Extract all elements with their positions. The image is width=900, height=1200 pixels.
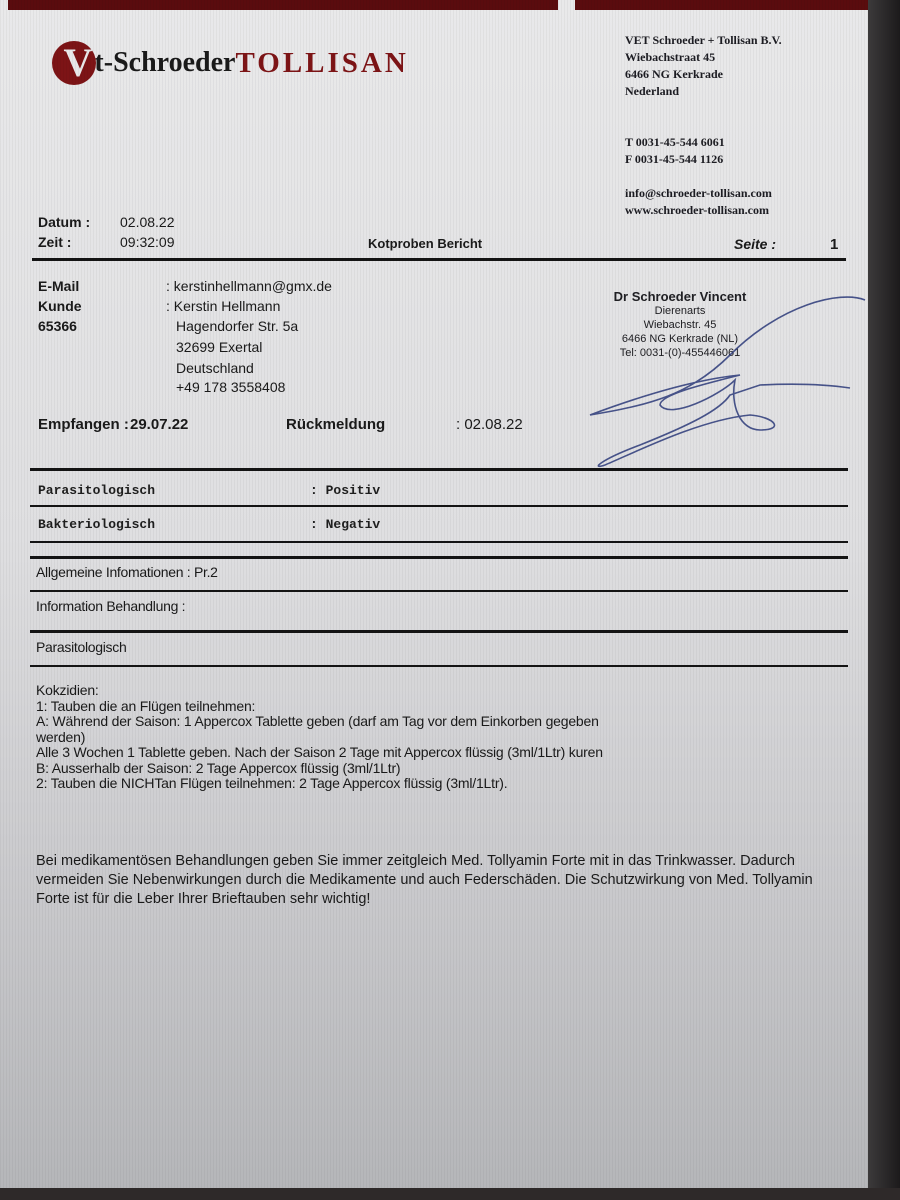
medication-note: Bei medikamentösen Behandlungen geben Si… (36, 852, 836, 909)
company-phone: T 0031-45-544 6061 (625, 134, 782, 151)
customer-id: 65366 (38, 318, 166, 334)
vet-phone: Tel: 0031-(0)-455446061 (582, 346, 778, 360)
result-value: : Positiv (310, 483, 380, 498)
received-value: 29.07.22 (130, 416, 188, 433)
report-meta: Datum : 02.08.22 Zeit : 09:32:09 (38, 212, 175, 252)
treatment-line: A: Während der Saison: 1 Appercox Tablet… (36, 714, 836, 730)
time-label: Zeit : (38, 234, 120, 250)
company-email: info@schroeder-tollisan.com (625, 185, 782, 202)
report-title: Kotproben Bericht (368, 236, 482, 251)
date-value: 02.08.22 (120, 214, 175, 230)
result-value: : Negativ (310, 517, 380, 532)
company-name: VET Schroeder + Tollisan B.V. (625, 32, 782, 49)
logo-initial: V (64, 43, 93, 83)
customer-block: E-Mail : kerstinhellmann@gmx.de Kunde : … (38, 276, 332, 396)
treatment-line: B: Ausserhalb der Saison: 2 Tage Apperco… (36, 761, 836, 777)
monitor-bezel-bottom (0, 1188, 900, 1200)
divider (30, 630, 848, 633)
divider (30, 505, 848, 507)
header-bar-right (575, 0, 868, 10)
company-logo: V et-Schroeder TOLLISAN (52, 38, 409, 88)
vet-name: Dr Schroeder Vincent (582, 290, 778, 304)
header-bar (8, 0, 558, 10)
page-number: 1 (830, 236, 838, 253)
veterinarian-stamp: Dr Schroeder Vincent Dierenarts Wiebachs… (582, 290, 778, 360)
result-label: Bakteriologisch (38, 517, 310, 532)
logo-text-primary: et-Schroeder (82, 47, 235, 79)
vet-city: 6466 NG Kerkrade (NL) (582, 332, 778, 346)
dates-row: Empfangen : 29.07.22 Rückmeldung : 02.08… (38, 416, 578, 436)
feedback-label: Rückmeldung (286, 416, 385, 433)
result-label: Parasitologisch (38, 483, 310, 498)
divider (30, 556, 848, 559)
treatment-info: Information Behandlung : (36, 598, 185, 614)
treatment-instructions: Kokzidien: 1: Tauben die an Flügen teiln… (36, 683, 836, 792)
treatment-line: Kokzidien: (36, 683, 836, 699)
divider (30, 590, 848, 592)
treatment-line: 2: Tauben die NICHTan Flügen teilnehmen:… (36, 776, 836, 792)
result-row: Parasitologisch : Positiv (38, 480, 380, 500)
divider (30, 541, 848, 543)
divider (30, 468, 848, 471)
vet-title: Dierenarts (582, 304, 778, 318)
divider (32, 258, 846, 261)
logo-text-secondary: TOLLISAN (235, 47, 408, 80)
date-label: Datum : (38, 214, 120, 230)
time-value: 09:32:09 (120, 234, 175, 250)
document-screen: V et-Schroeder TOLLISAN VET Schroeder + … (0, 0, 868, 1192)
company-fax: F 0031-45-544 1126 (625, 151, 782, 168)
divider (30, 665, 848, 667)
email-value: : kerstinhellmann@gmx.de (166, 278, 332, 294)
parasitology-heading: Parasitologisch (36, 639, 126, 655)
customer-city: 32699 Exertal (176, 336, 332, 357)
company-city: 6466 NG Kerkrade (625, 66, 782, 83)
page-label: Seite : (734, 236, 776, 252)
monitor-bezel (868, 0, 900, 1200)
treatment-line: werden) (36, 730, 836, 746)
vet-street: Wiebachstr. 45 (582, 318, 778, 332)
company-address: VET Schroeder + Tollisan B.V. Wiebachstr… (625, 32, 782, 219)
customer-street: Hagendorfer Str. 5a (176, 318, 298, 334)
company-street: Wiebachstraat 45 (625, 49, 782, 66)
company-website: www.schroeder-tollisan.com (625, 202, 782, 219)
customer-label: Kunde (38, 298, 166, 314)
result-row: Bakteriologisch : Negativ (38, 514, 380, 534)
treatment-line: 1: Tauben die an Flügen teilnehmen: (36, 699, 836, 715)
customer-phone: +49 178 3558408 (176, 378, 332, 396)
feedback-value: : 02.08.22 (456, 416, 523, 433)
company-country: Nederland (625, 83, 782, 100)
customer-country: Deutschland (176, 357, 332, 378)
email-label: E-Mail (38, 278, 166, 294)
treatment-line: Alle 3 Wochen 1 Tablette geben. Nach der… (36, 745, 836, 761)
customer-name: : Kerstin Hellmann (166, 298, 280, 314)
general-info: Allgemeine Infomationen : Pr.2 (36, 564, 218, 580)
logo-circle-icon: V (52, 41, 96, 85)
received-label: Empfangen : (38, 416, 129, 433)
